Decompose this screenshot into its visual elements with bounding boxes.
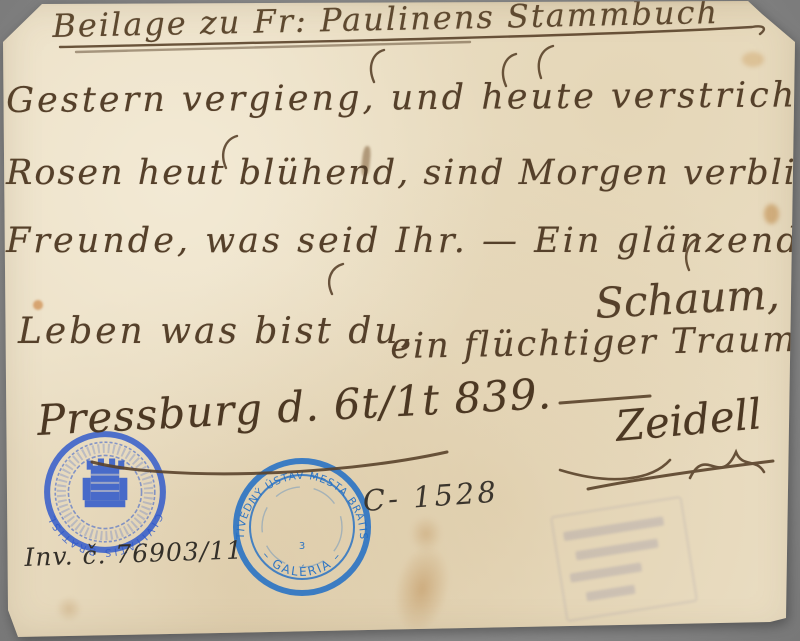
date-tail-swash [560,460,670,479]
faded-stamp-line [575,539,659,561]
paper-stain [387,541,456,638]
faded-stamp-line [586,585,636,602]
paper-stain [742,52,764,67]
gallery-seal-stamp: VLASTIVEDNÝ ÚSTAV MESTA BRATISLAVY – GAL… [228,452,376,602]
faded-stamp-line [563,516,665,541]
catalog-number: C- 1528 [362,478,500,516]
manuscript-paper: CIVITATIS BRATISL VLASTIVEDNÝ ÚSTAV MEST… [0,0,800,641]
ascender-curl [371,50,384,82]
faded-rectangular-stamp [551,496,698,621]
signature-paraph [690,452,764,478]
signature: Zeidell [614,393,763,448]
paper-shadow-wrap: CIVITATIS BRATISL VLASTIVEDNÝ ÚSTAV MEST… [0,0,800,641]
paper-stain [33,300,43,310]
verse-line: Leben was bist du, [18,314,415,350]
verse-line: Schaum, [594,273,781,325]
gallery-seal-center-number: 3 [299,541,305,552]
verse-line: Gestern vergieng, und heute verstrichen, [6,78,800,119]
faded-stamp-line [570,563,642,583]
ascender-curl [329,264,343,294]
paper-stain [410,516,442,552]
verse-line: Rosen heut blühend, sind Morgen verblich… [6,156,800,191]
paper-stain [56,596,82,622]
verse-line: ein flüchtiger Traum [390,323,798,365]
gallery-bottom-text-path: – GALÉRIA – [259,548,345,579]
inventory-number: Inv. č. 76903/11 [24,537,243,570]
title-underline-stroke [76,42,470,52]
verse-line: Freunde, was seid Ihr. — Ein glänzender [6,224,800,259]
title-line: Beilage zu Fr: Paulinens Stammbuch [52,0,719,42]
ascender-curl [539,46,553,78]
date-line: Pressburg d. 6t/1t 839. [36,373,553,442]
gallery-seal-bottom-text: – GALÉRIA – [259,548,345,579]
document-scan: CIVITATIS BRATISL VLASTIVEDNÝ ÚSTAV MEST… [0,0,800,641]
signature-underline [588,461,773,489]
